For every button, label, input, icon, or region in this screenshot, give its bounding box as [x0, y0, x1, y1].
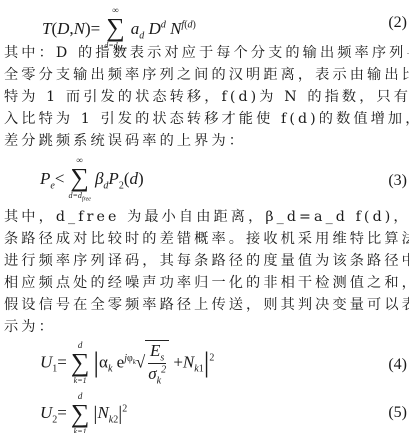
equation-3-number: (3): [388, 172, 407, 190]
summation-symbol: ∞∑d=dfree: [68, 156, 91, 205]
paragraph-line: 全零分支输出频率序列之间的汉明距离，表示由输出比: [4, 64, 406, 86]
equation-4-body: U1=d∑k=1|αk ejφk√Esσk2 +Nk1|2: [40, 340, 214, 387]
summation-symbol: d∑k=1: [71, 392, 90, 433]
equation-5: U2=d∑k=1|Nk2|2 (5): [0, 392, 409, 432]
equation-2-number: (2): [388, 14, 407, 32]
equation-2: T(D,N)=∞∑d=dfreead Dd Nf(d) (2): [0, 2, 409, 42]
paragraph-line: 示为：: [4, 316, 406, 338]
paragraph-line: 其中：D 的指数表示对应于每个分支的输出频率序列与: [4, 42, 406, 64]
paragraph-line: 进行频率序列译码，其每条路径的度量值为该条路径中: [4, 250, 406, 272]
paragraph-line: 其中，d_free 为最小自由距离，β_d=a_d f(d)，P_2(d)为相差…: [4, 206, 406, 228]
equation-3-body: Pe<∞∑d=dfreeβdP2(d): [40, 156, 144, 205]
equation-3: Pe<∞∑d=dfreeβdP2(d) (3): [0, 150, 409, 205]
paragraph-line: 假设信号在全零频率路径上传送，则其判决变量可以表: [4, 294, 406, 316]
paragraph-line: 入比特为 1 引发的状态转移才能使 f(d)的数值增加，则: [4, 108, 406, 130]
square-root: √Esσk2: [136, 340, 169, 387]
paragraph-line: 条路径成对比较时的差错概率。接收机采用维特比算法: [4, 228, 406, 250]
equation-4: U1=d∑k=1|αk ejφk√Esσk2 +Nk1|2 (4): [0, 338, 409, 390]
summation-symbol: d∑k=1: [71, 341, 90, 385]
paragraph-2: 其中，d_free 为最小自由距离，β_d=a_d f(d)，P_2(d)为相差…: [4, 206, 406, 338]
paragraph-line: 差分跳频系统误码率的上界为：: [4, 130, 406, 152]
paragraph-line: 相应频点处的经噪声功率归一化的非相干检测值之和，: [4, 272, 406, 294]
paragraph-1: 其中：D 的指数表示对应于每个分支的输出频率序列与 全零分支输出频率序列之间的汉…: [4, 42, 406, 152]
paragraph-line: 特为 1 而引发的状态转移，f(d)为 N 的指数，只有由输: [4, 86, 406, 108]
equation-4-number: (4): [388, 356, 407, 374]
equation-5-number: (5): [388, 404, 407, 422]
equation-5-body: U2=d∑k=1|Nk2|2: [40, 392, 127, 433]
